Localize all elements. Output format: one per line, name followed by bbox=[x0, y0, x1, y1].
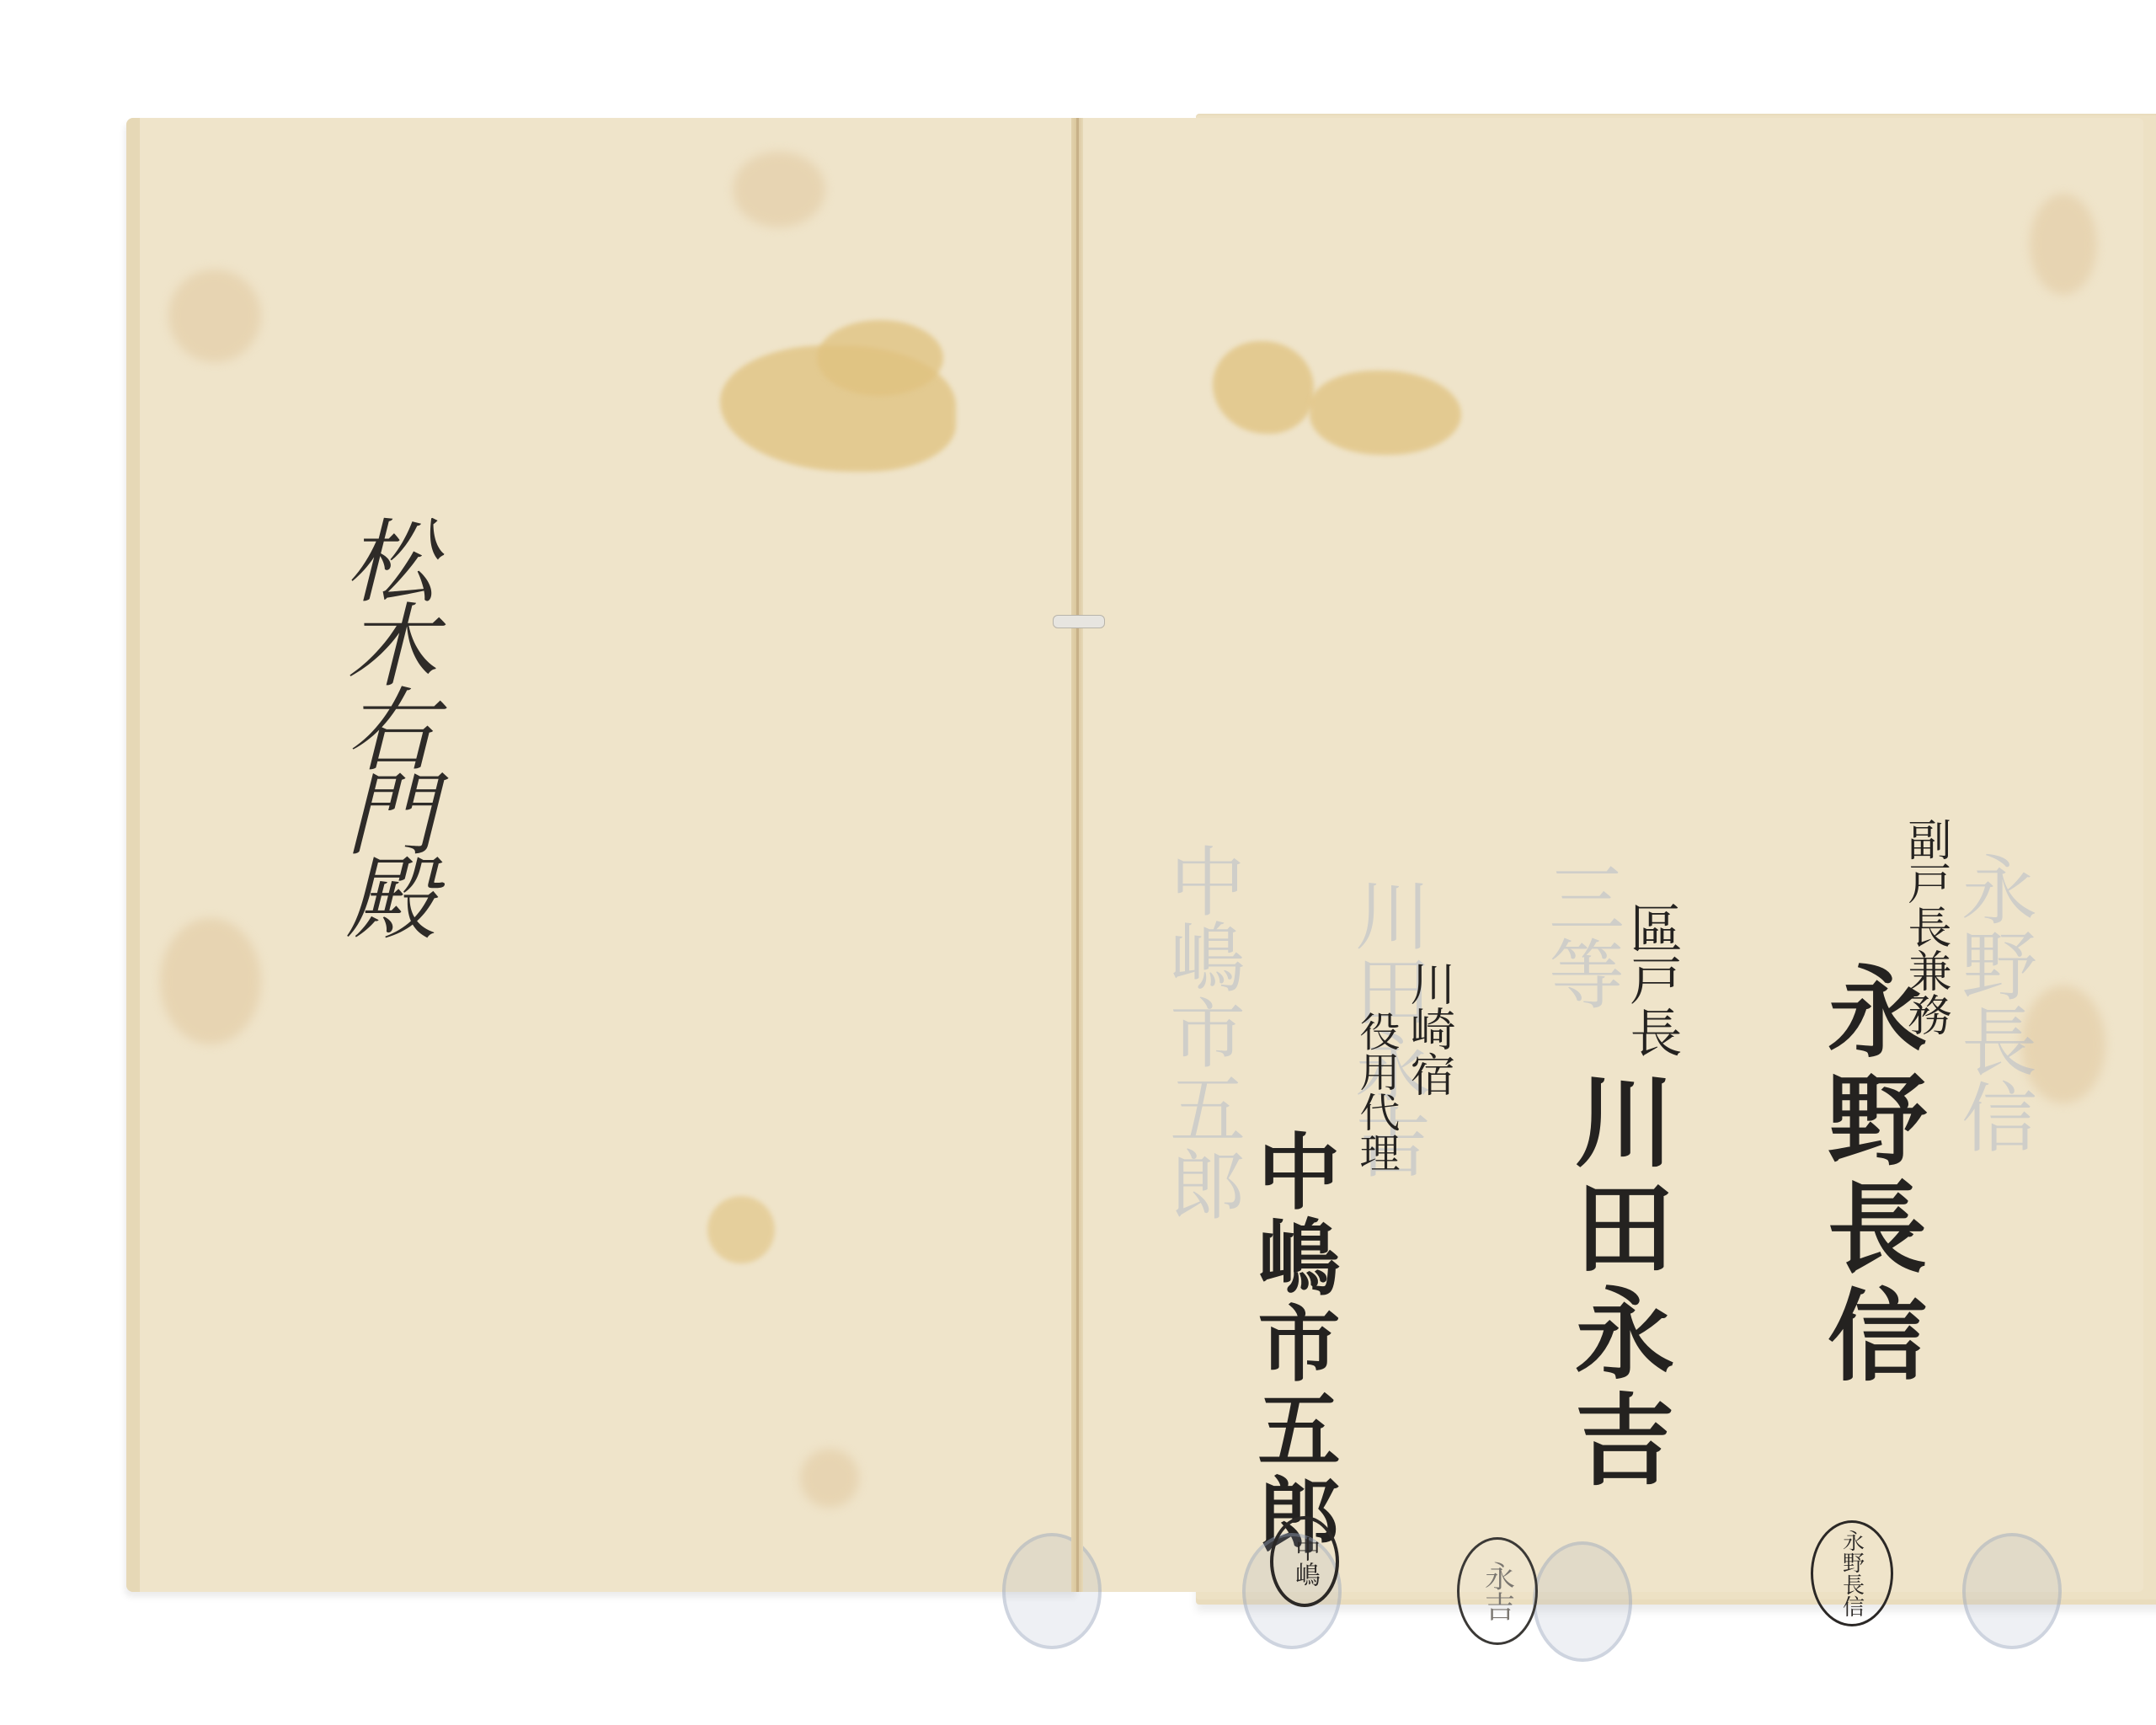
water-stain bbox=[817, 320, 943, 396]
binding-thread bbox=[1053, 615, 1105, 628]
left-page: 松木右門殿 bbox=[126, 118, 1078, 1592]
seal-text: 永吉 bbox=[1476, 1561, 1519, 1621]
foxing-spot bbox=[800, 1449, 859, 1508]
signatory-name: 永野長信 bbox=[1819, 960, 1919, 1391]
seal-impression-faint bbox=[1533, 1541, 1632, 1662]
foxing-spot bbox=[2030, 194, 2097, 295]
water-stain bbox=[1213, 341, 1314, 434]
open-book: 松木右門殿 中嶋市五郎 川田永吉 三等 永野長信 副戸長兼務 永野長信 區戸長 … bbox=[126, 118, 2072, 1600]
right-page: 中嶋市五郎 川田永吉 三等 永野長信 副戸長兼務 永野長信 區戸長 川田永吉 川… bbox=[1078, 118, 2143, 1592]
show-through-text: 永野長信 bbox=[1954, 851, 2030, 1154]
water-stain bbox=[707, 1196, 775, 1263]
show-through-text: 三等 bbox=[1541, 859, 1617, 1011]
binding-fold-line bbox=[1076, 118, 1079, 1592]
foxing-spot bbox=[733, 152, 825, 227]
seal-stamp: 永野長信 bbox=[1811, 1520, 1893, 1626]
subtitle-text: 役用代理 bbox=[1356, 1011, 1396, 1172]
show-through-text: 中嶋市五郎 bbox=[1162, 842, 1238, 1221]
addressee-text: 松木右門殿 bbox=[337, 514, 428, 935]
water-stain bbox=[1310, 371, 1461, 455]
left-page-fold bbox=[126, 118, 140, 1592]
seal-stamp: 中嶋 bbox=[1270, 1516, 1339, 1607]
seal-text: 中嶋 bbox=[1286, 1536, 1323, 1587]
foxing-spot bbox=[168, 270, 261, 362]
title-text: 區戸長 bbox=[1625, 901, 1678, 1058]
foxing-spot bbox=[160, 918, 261, 1044]
seal-impression-faint bbox=[1962, 1533, 2062, 1649]
title-text: 川崎宿 bbox=[1406, 960, 1452, 1097]
signatory-name: 川田永吉 bbox=[1566, 1070, 1666, 1494]
seal-stamp: 永吉 bbox=[1457, 1537, 1538, 1645]
seal-text: 永野長信 bbox=[1837, 1530, 1868, 1617]
signatory-name: 中嶋市五郎 bbox=[1251, 1129, 1333, 1558]
seal-impression-faint bbox=[1002, 1533, 1102, 1649]
